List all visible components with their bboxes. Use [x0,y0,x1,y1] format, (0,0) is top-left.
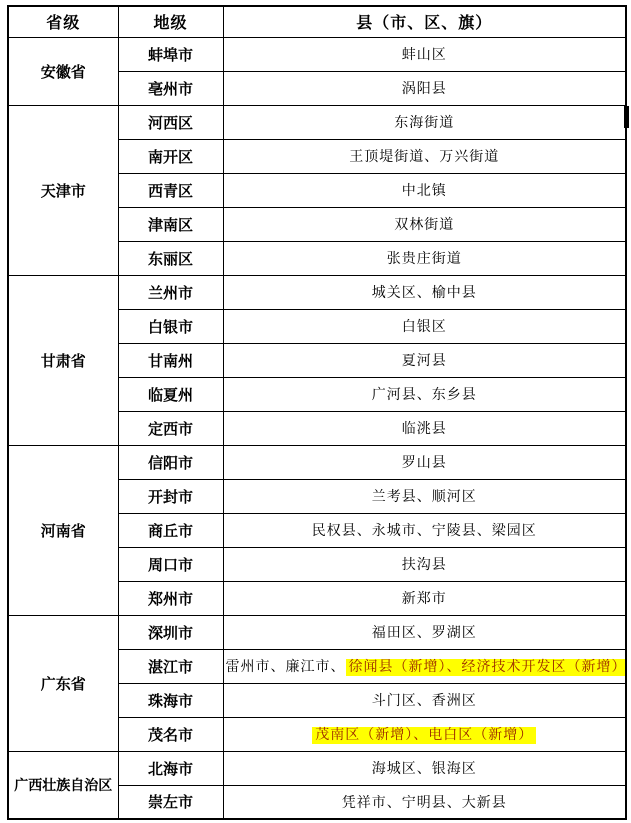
county-text: 凭祥市、宁明县、大新县 [342,796,507,811]
county-text: 蚌山区 [402,48,447,63]
county-text: 中北镇 [402,184,447,199]
county-text: 涡阳县 [402,82,447,97]
prefecture-cell: 开封市 [118,479,223,513]
county-text: 城关区、榆中县 [372,286,477,301]
province-cell-guangdong: 广东省 [8,615,118,751]
prefecture-cell: 东丽区 [118,241,223,275]
administrative-regions-table: 省级 地级 县（市、区、旗） 安徽省 蚌埠市 蚌山区 亳州市 涡阳县 天津市 河… [7,5,627,820]
county-text: 兰考县、顺河区 [372,490,477,505]
prefecture-cell: 南开区 [118,139,223,173]
prefecture-cell: 深圳市 [118,615,223,649]
county-text: 白银区 [402,320,447,335]
province-cell-gansu: 甘肃省 [8,275,118,445]
county-cell: 民权县、永城市、宁陵县、梁园区 [223,513,626,547]
county-text: 扶沟县 [402,558,447,573]
county-cell: 夏河县 [223,343,626,377]
prefecture-cell: 河西区 [118,105,223,139]
prefecture-cell: 珠海市 [118,683,223,717]
county-text: 新郑市 [402,592,447,607]
county-text: 雷州市、廉江市、 [226,660,346,675]
county-text-highlight-new: 茂南区（新增）、电白区（新增） [312,727,536,744]
county-cell: 临洮县 [223,411,626,445]
table-row: 天津市 河西区 东海街道 [8,105,626,139]
county-text: 广河县、东乡县 [372,388,477,403]
prefecture-cell: 西青区 [118,173,223,207]
county-text: 斗门区、香洲区 [372,694,477,709]
county-text: 临洮县 [402,422,447,437]
county-text: 罗山县 [402,456,447,471]
prefecture-cell: 商丘市 [118,513,223,547]
prefecture-cell: 茂名市 [118,717,223,751]
county-cell: 张贵庄街道 [223,241,626,275]
table-row: 安徽省 蚌埠市 蚌山区 [8,37,626,71]
county-cell: 涡阳县 [223,71,626,105]
county-cell: 中北镇 [223,173,626,207]
province-cell-henan: 河南省 [8,445,118,615]
table-row: 广西壮族自治区 北海市 海城区、银海区 [8,751,626,785]
county-text: 海城区、银海区 [372,762,477,777]
table-row: 广东省 深圳市 福田区、罗湖区 [8,615,626,649]
scan-artifact-mark [624,106,629,128]
header-province: 省级 [8,6,118,37]
county-text: 双林街道 [394,218,454,233]
county-cell: 茂南区（新增）、电白区（新增） [223,717,626,751]
province-cell-anhui: 安徽省 [8,37,118,105]
province-cell-guangxi: 广西壮族自治区 [8,751,118,819]
county-cell: 福田区、罗湖区 [223,615,626,649]
prefecture-cell: 崇左市 [118,785,223,819]
county-cell: 蚌山区 [223,37,626,71]
county-cell: 斗门区、香洲区 [223,683,626,717]
county-cell: 雷州市、廉江市、徐闻县（新增）、经济技术开发区（新增） [223,649,626,683]
table-row: 河南省 信阳市 罗山县 [8,445,626,479]
county-text: 夏河县 [402,354,447,369]
table-header-row: 省级 地级 县（市、区、旗） [8,6,626,37]
prefecture-cell: 定西市 [118,411,223,445]
prefecture-cell: 郑州市 [118,581,223,615]
prefecture-cell: 津南区 [118,207,223,241]
prefecture-cell: 甘南州 [118,343,223,377]
prefecture-cell: 周口市 [118,547,223,581]
county-cell: 海城区、银海区 [223,751,626,785]
header-prefecture: 地级 [118,6,223,37]
prefecture-cell: 兰州市 [118,275,223,309]
prefecture-cell: 湛江市 [118,649,223,683]
county-cell: 东海街道 [223,105,626,139]
table-row: 甘肃省 兰州市 城关区、榆中县 [8,275,626,309]
county-cell: 王顶堤街道、万兴街道 [223,139,626,173]
province-cell-tianjin: 天津市 [8,105,118,275]
county-cell: 双林街道 [223,207,626,241]
prefecture-cell: 蚌埠市 [118,37,223,71]
county-cell: 罗山县 [223,445,626,479]
county-text-highlight-new: 徐闻县（新增）、经济技术开发区（新增） [346,659,627,676]
prefecture-cell: 北海市 [118,751,223,785]
county-cell: 城关区、榆中县 [223,275,626,309]
county-cell: 扶沟县 [223,547,626,581]
prefecture-cell: 亳州市 [118,71,223,105]
county-cell: 白银区 [223,309,626,343]
county-text: 王顶堤街道、万兴街道 [349,150,499,165]
county-text: 福田区、罗湖区 [372,626,477,641]
county-text: 张贵庄街道 [387,252,462,267]
county-cell: 新郑市 [223,581,626,615]
county-cell: 凭祥市、宁明县、大新县 [223,785,626,819]
county-text: 民权县、永城市、宁陵县、梁园区 [312,524,537,539]
prefecture-cell: 临夏州 [118,377,223,411]
county-cell: 广河县、东乡县 [223,377,626,411]
header-county: 县（市、区、旗） [223,6,626,37]
prefecture-cell: 信阳市 [118,445,223,479]
prefecture-cell: 白银市 [118,309,223,343]
county-text: 东海街道 [394,116,454,131]
county-cell: 兰考县、顺河区 [223,479,626,513]
